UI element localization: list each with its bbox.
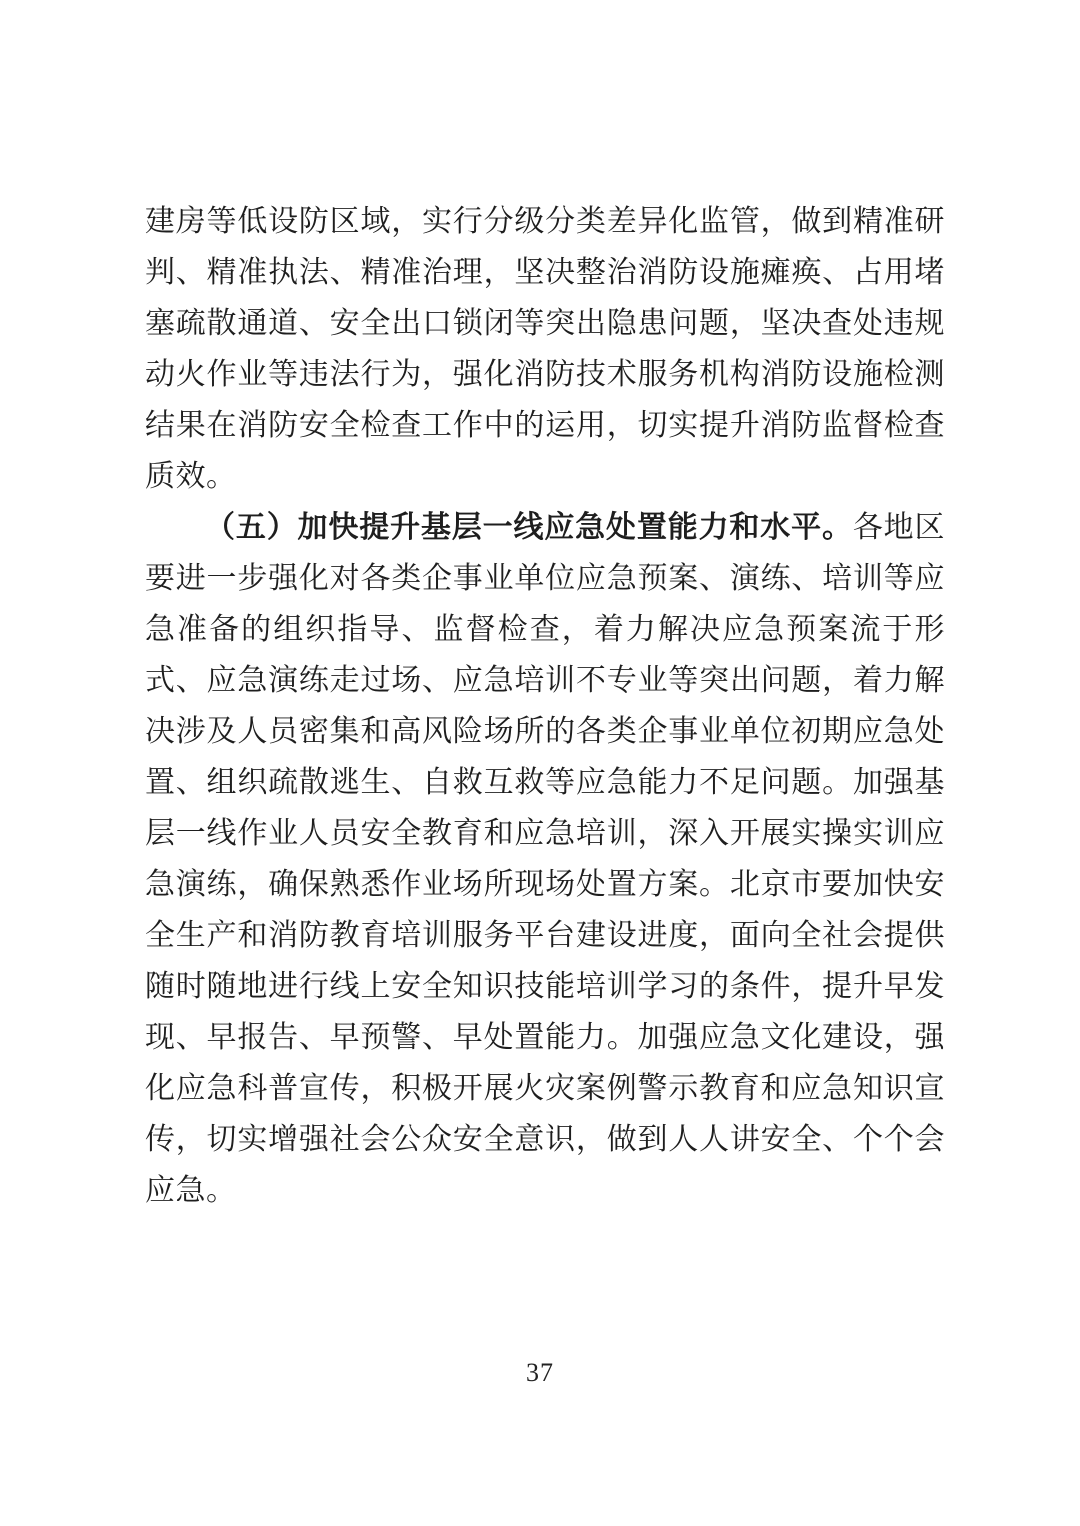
section-5-heading: （五）加快提升基层一线应急处置能力和水平。 (205, 511, 853, 544)
document-body: 建房等低设防区域，实行分级分类差异化监管，做到精准研判、精准执法、精准治理，坚决… (145, 196, 945, 1216)
section-5-body-text: 各地区要进一步强化对各类企事业单位应急预案、演练、培训等应急准备的组织指导、监督… (145, 511, 945, 1207)
paragraph-section-5: （五）加快提升基层一线应急处置能力和水平。各地区要进一步强化对各类企事业单位应急… (145, 502, 945, 1216)
paragraph-continuation: 建房等低设防区域，实行分级分类差异化监管，做到精准研判、精准执法、精准治理，坚决… (145, 196, 945, 502)
document-page: 建房等低设防区域，实行分级分类差异化监管，做到精准研判、精准执法、精准治理，坚决… (0, 0, 1080, 1526)
page-number: 37 (0, 1358, 1080, 1388)
paragraph-continuation-text: 建房等低设防区域，实行分级分类差异化监管，做到精准研判、精准执法、精准治理，坚决… (145, 205, 945, 493)
